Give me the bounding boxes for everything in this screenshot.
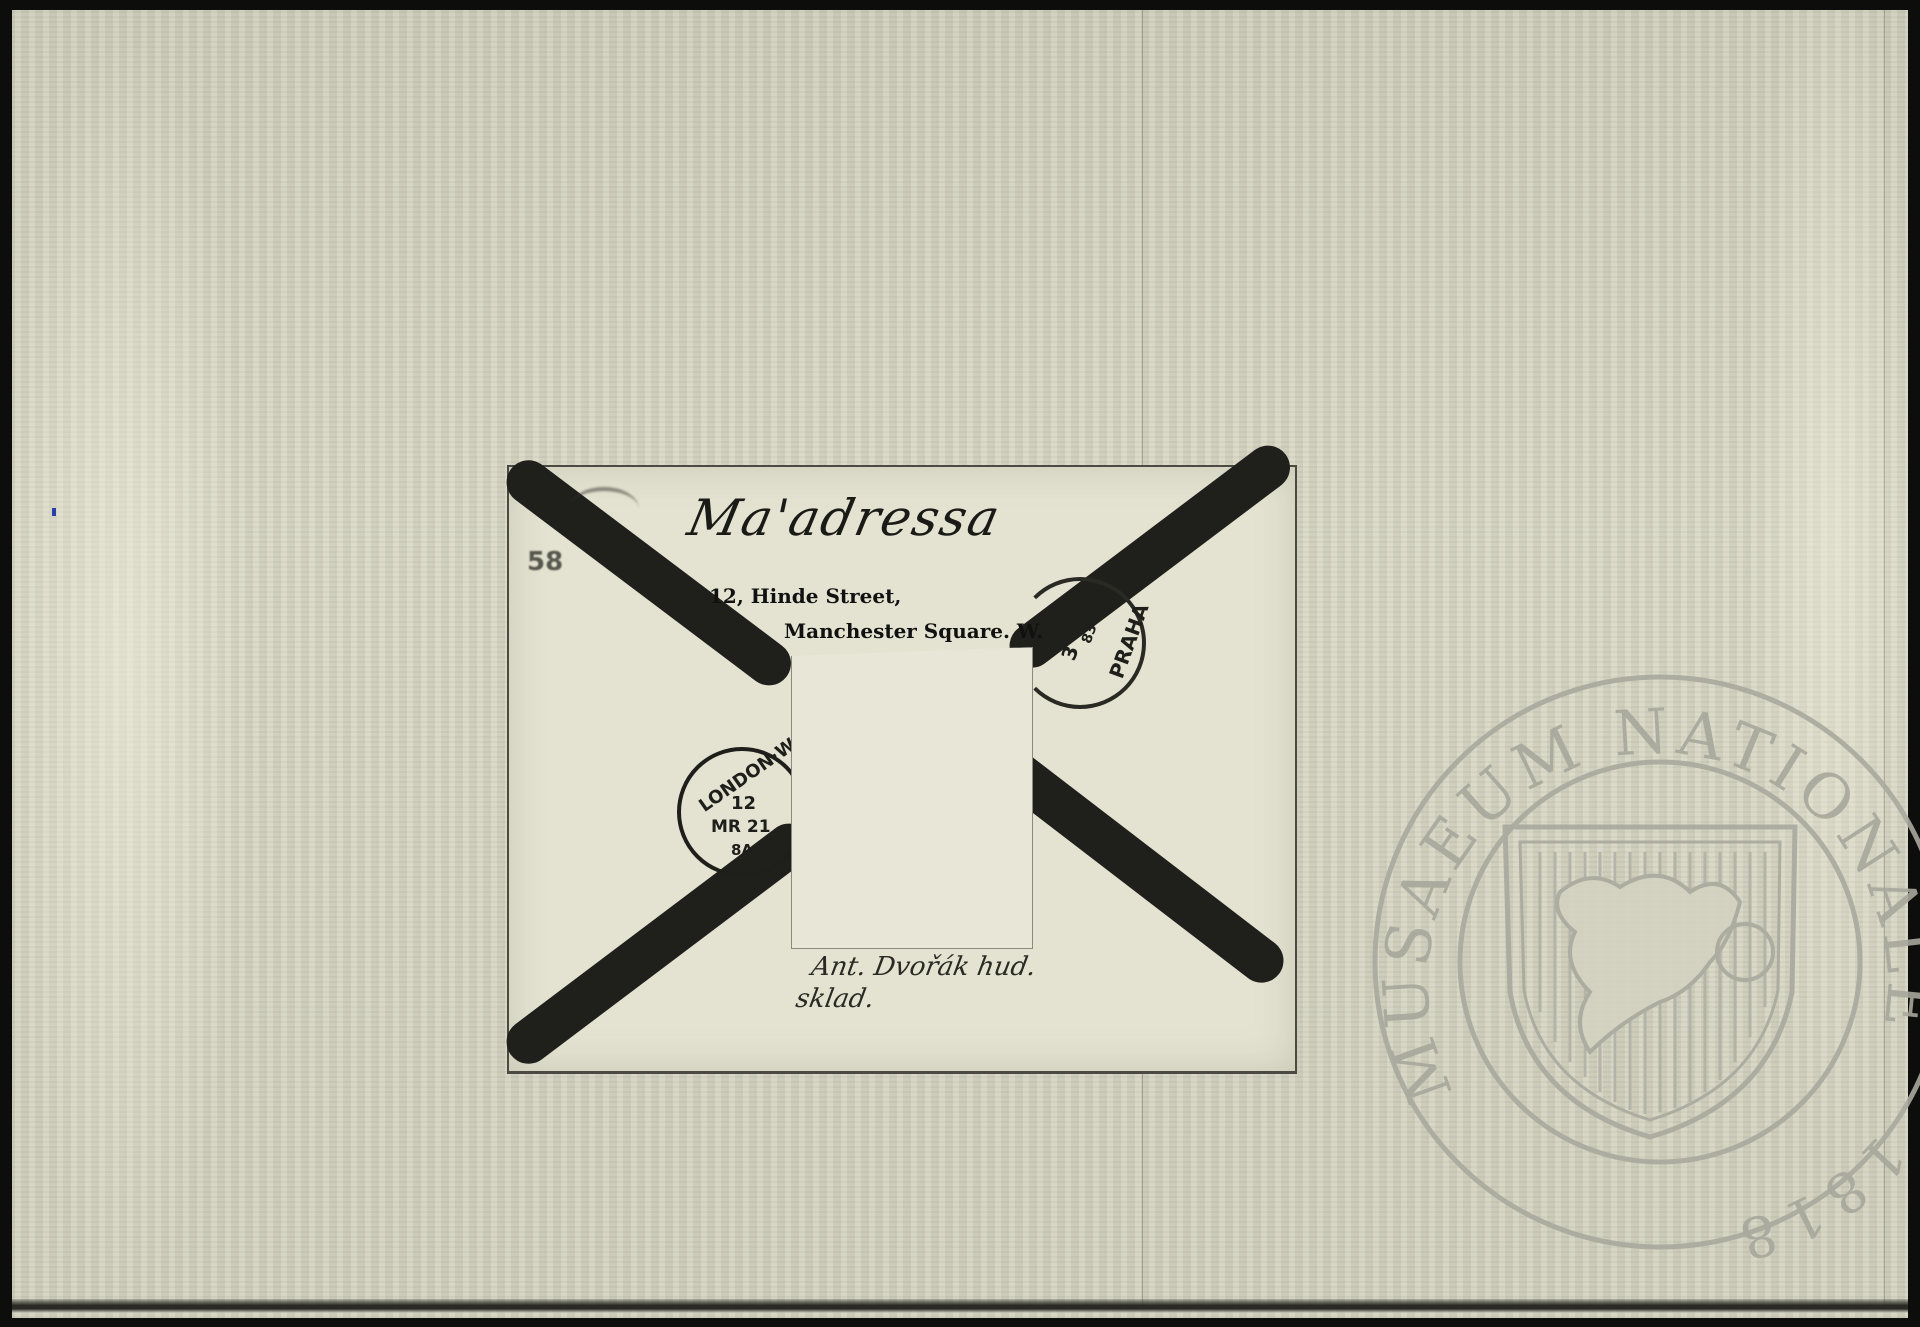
postmark-praha-number: 3	[1056, 642, 1083, 663]
handwritten-note: Ant. Dvořák hud. sklad.	[804, 952, 1039, 1014]
ink-speck	[52, 508, 56, 516]
postmark-london-day: 12	[731, 793, 756, 814]
postmark-praha-sub: 83	[1079, 622, 1101, 646]
postmark-praha: 3 83 PRAHA	[1014, 577, 1146, 709]
handwritten-note-line-2: sklad.	[794, 984, 1033, 1014]
postmark-london-code: 8A	[731, 841, 753, 859]
handwritten-heading: Ma'adressa	[683, 489, 1007, 547]
envelope-back: 58 Ma'adressa 12, Hinde Street, Manchest…	[507, 465, 1297, 1074]
print-bottom-edge	[12, 1299, 1908, 1313]
printed-address-line-1: 12, Hinde Street,	[709, 584, 901, 608]
paper-patch	[791, 647, 1033, 949]
edge-line	[1884, 10, 1885, 1310]
postmark-ghost	[569, 487, 639, 531]
printed-address-line-2: Manchester Square. W.	[784, 619, 1043, 643]
postmark-top-left: 58	[527, 547, 563, 577]
postmark-london-date: MR 21	[711, 817, 771, 837]
handwritten-note-line-1: Ant. Dvořák hud.	[809, 952, 1038, 982]
postmark-london: LONDON·W 12 MR 21 8A	[677, 747, 807, 877]
postmark-praha-city: PRAHA	[1104, 600, 1153, 681]
